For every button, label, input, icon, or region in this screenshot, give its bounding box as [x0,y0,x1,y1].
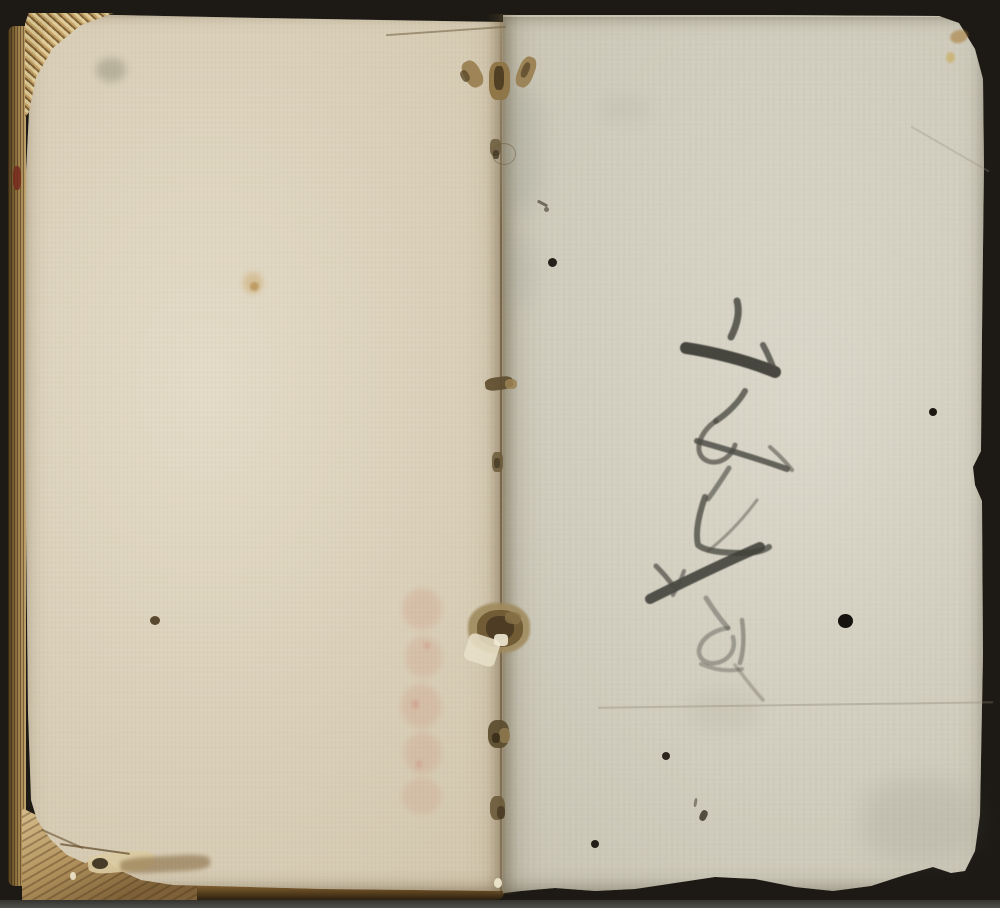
seal-bleed-speck [416,760,422,768]
torn-dark-spot [92,858,108,869]
ink-speck [693,798,698,807]
ink-tick [544,207,549,212]
crack-line [386,26,506,36]
stain-gray [96,58,126,82]
seal-bleed-speck [412,700,419,709]
stitch-hole [505,379,517,389]
stitch-remnant [494,66,504,90]
smudge-gray [862,778,977,863]
marks-layer [0,0,1000,908]
seal-bleed-mark [402,588,442,630]
stain-brown [949,28,970,45]
crease-line [911,126,990,173]
stitch-hole [499,728,510,743]
book-photograph [0,0,1000,908]
seal-bleed-speck [424,642,430,649]
smudge-gray [508,236,536,306]
repair-torn-paper [494,634,508,646]
torn-line [42,829,84,849]
seal-bleed-mark [405,636,442,678]
stitch-hole [497,806,505,819]
ink-dot [662,752,670,760]
seal-bleed-mark [404,732,441,774]
ink-dot [591,840,599,848]
ink-dot [548,258,557,267]
ink-mark [698,809,709,822]
bright-speck [70,872,76,880]
seal-bleed-mark [401,684,441,728]
smudge-gray [690,688,760,730]
stain-yellow [946,52,955,63]
smudge-gray [600,96,650,122]
ink-dot-large [838,614,853,628]
stitch-hole [492,733,500,743]
stitch-hole [494,458,500,468]
stain-yellow-core [250,282,259,291]
crease-line [598,701,993,709]
edge-red-mark [13,166,21,190]
speck-brown [150,616,160,625]
ring-mark [492,143,516,165]
ink-dot [929,408,937,416]
seal-bleed-mark [402,778,441,814]
bright-speck [494,878,502,888]
torn-line [60,843,130,855]
